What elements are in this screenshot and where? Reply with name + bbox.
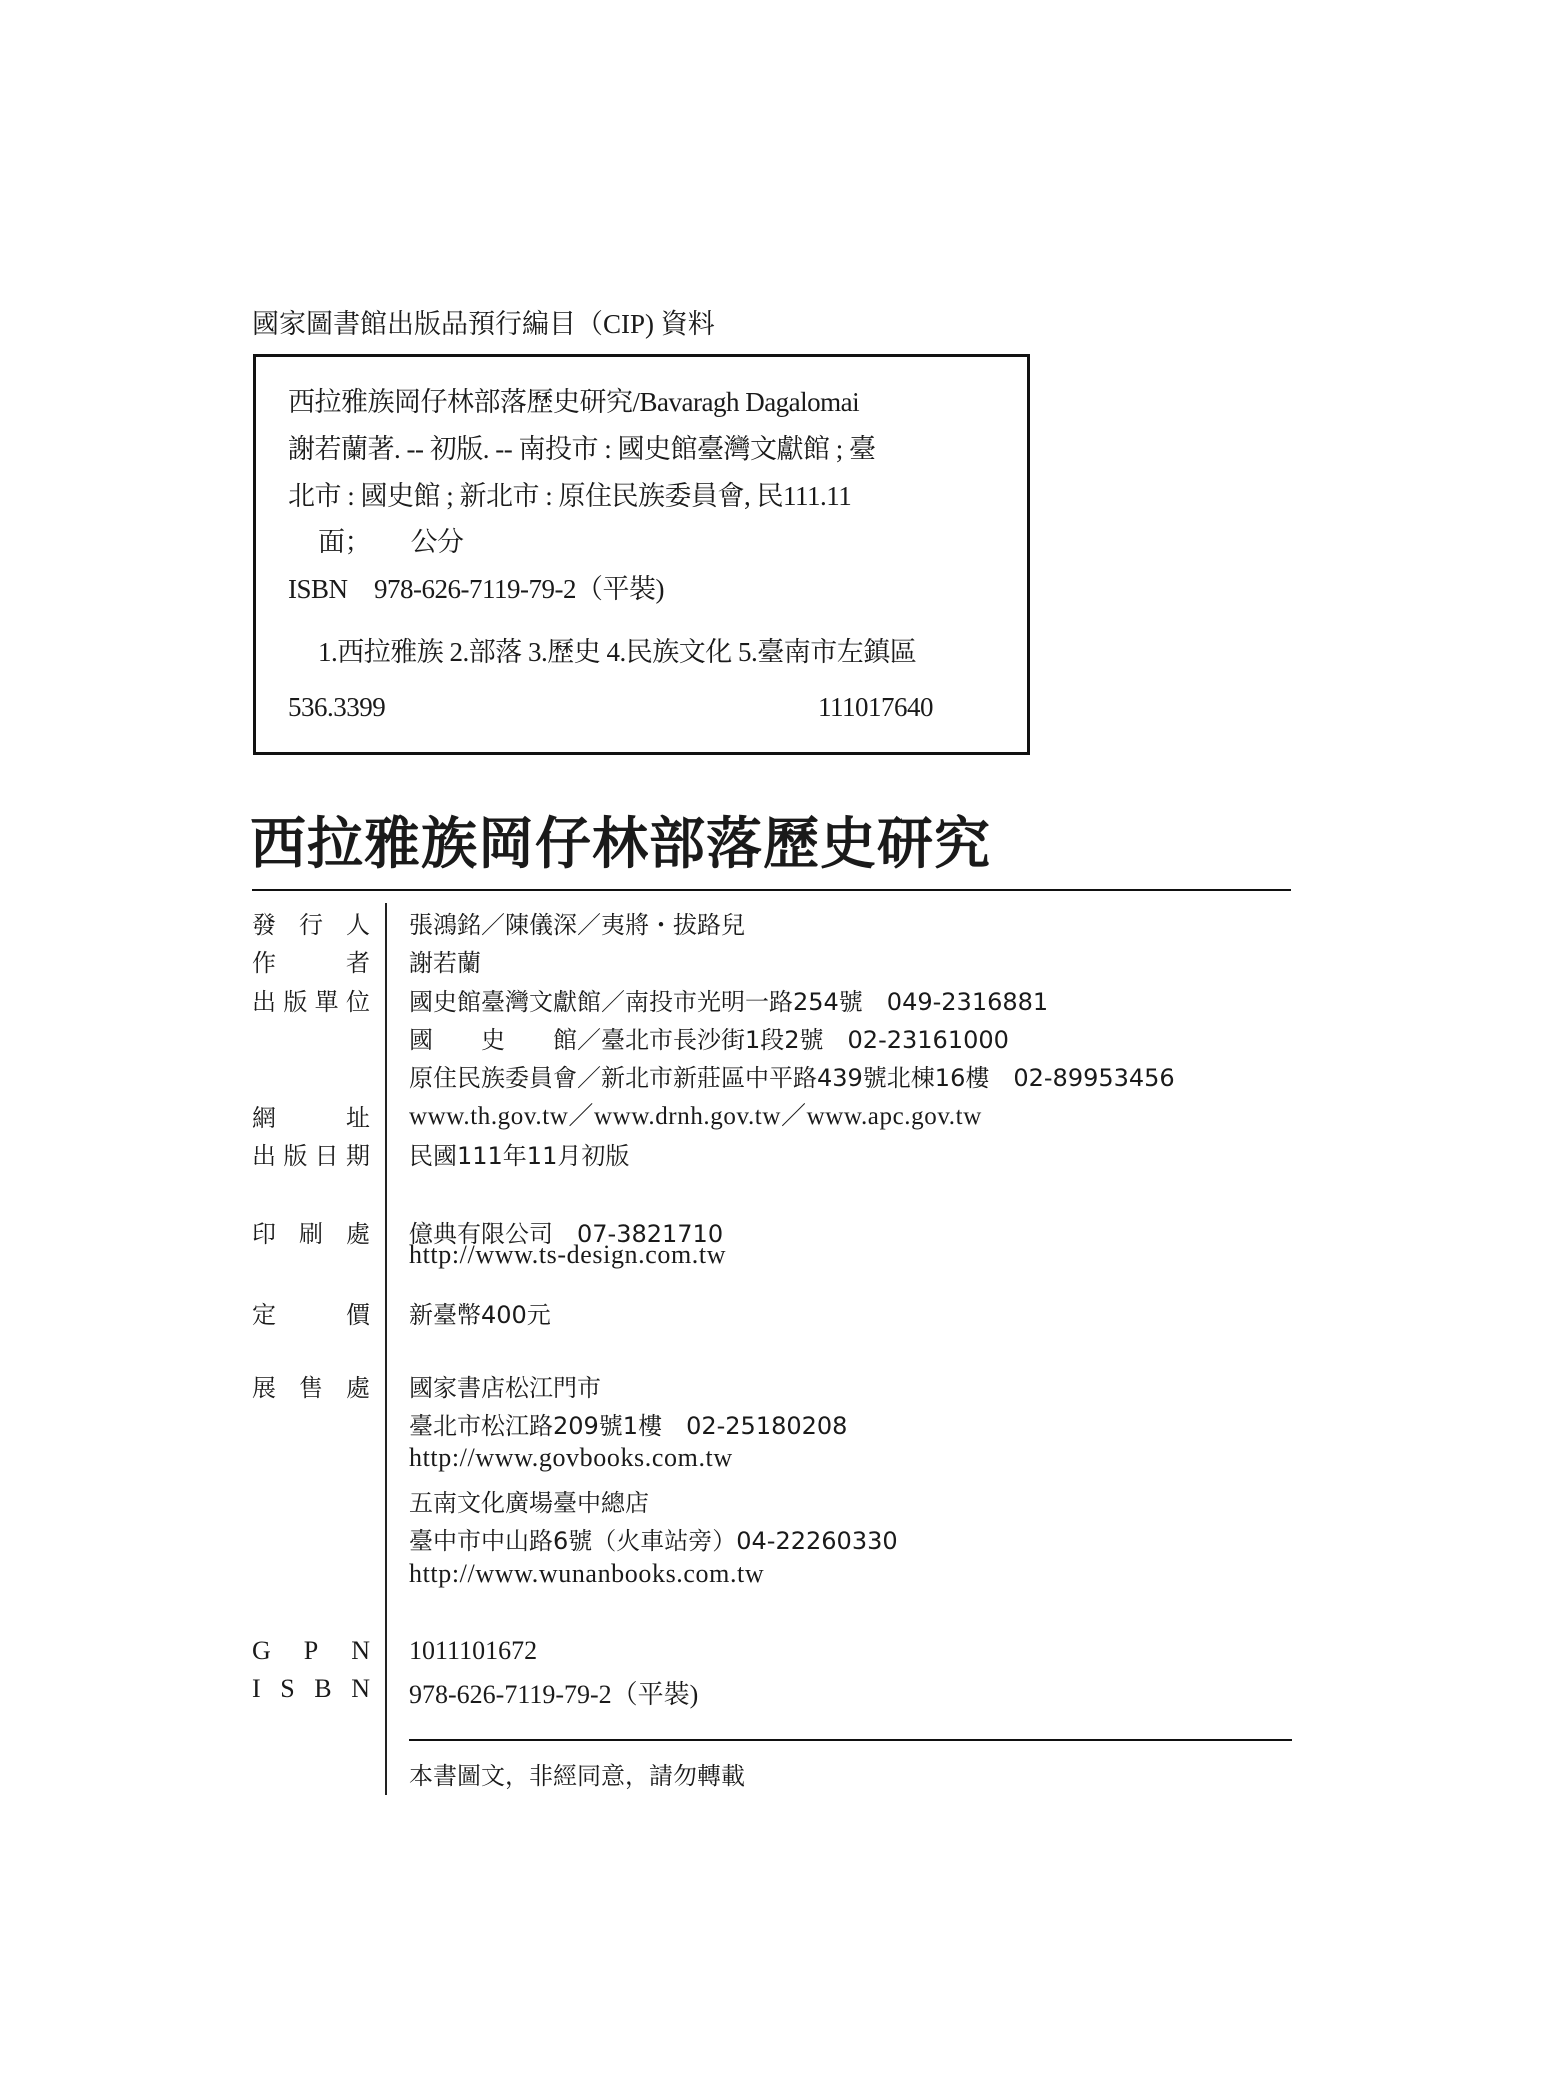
- book-title: 西拉雅族岡仔林部落歷史研究: [250, 800, 991, 880]
- label-char: 期: [346, 1136, 370, 1171]
- label-publishing-units: 出 版 單 位: [252, 982, 370, 1017]
- label-gpn: G P N: [252, 1636, 370, 1666]
- printer-url: http://www.ts-design.com.tw: [409, 1240, 726, 1270]
- label-price: 定 價: [252, 1295, 370, 1330]
- label-char: 處: [346, 1214, 370, 1249]
- title-divider: [252, 889, 1291, 891]
- label-author: 作 者: [252, 943, 370, 978]
- cip-subjects-line: 1.西拉雅族 2.部落 3.歷史 4.民族文化 5.臺南市左鎮區: [318, 630, 916, 669]
- label-retail: 展 售 處: [252, 1368, 370, 1403]
- cip-title-line: 西拉雅族岡仔林部落歷史研究/Bavaragh Dagalomai: [288, 380, 859, 419]
- retail-store-1-url: http://www.govbooks.com.tw: [409, 1443, 733, 1473]
- label-char: 日: [315, 1136, 339, 1171]
- label-printer: 印 刷 處: [252, 1214, 370, 1249]
- retail-store-1-name: 國家書店松江門市: [409, 1368, 601, 1403]
- retail-store-1-address: 臺北市松江路209號1樓 02-25180208: [409, 1406, 847, 1441]
- label-publisher: 發 行 人: [252, 905, 370, 940]
- label-char: 處: [346, 1368, 370, 1403]
- label-char: P: [304, 1636, 318, 1666]
- label-char: 出: [252, 982, 276, 1017]
- cip-record-number: 111017640: [818, 692, 933, 723]
- pub-date-value: 民國111年11月初版: [409, 1136, 629, 1171]
- label-char: N: [351, 1674, 370, 1704]
- website-value: www.th.gov.tw／www.drnh.gov.tw／www.apc.go…: [409, 1096, 982, 1132]
- colophon-column-divider: [385, 903, 387, 1795]
- label-char: 者: [346, 943, 370, 978]
- label-char: 版: [283, 1136, 307, 1171]
- notice-divider: [409, 1739, 1292, 1741]
- publisher-value: 張鴻銘／陳儀深／夷將・拔路兒: [409, 905, 745, 940]
- label-char: G: [252, 1636, 271, 1666]
- label-char: 址: [346, 1098, 370, 1133]
- label-char: 發: [252, 905, 276, 940]
- label-char: 售: [299, 1368, 323, 1403]
- label-char: 行: [299, 905, 323, 940]
- cip-class-number: 536.3399: [288, 692, 385, 723]
- label-isbn: I S B N: [252, 1674, 370, 1704]
- label-char: B: [314, 1674, 331, 1704]
- price-value: 新臺幣400元: [409, 1295, 551, 1330]
- label-website: 網 址: [252, 1098, 370, 1133]
- publishing-unit-cip: 原住民族委員會／新北市新莊區中平路439號北棟16樓 02-89953456: [409, 1058, 1175, 1093]
- label-char: 版: [283, 982, 307, 1017]
- author-value: 謝若蘭: [409, 943, 481, 978]
- label-char: 作: [252, 943, 276, 978]
- label-char: 網: [252, 1098, 276, 1133]
- retail-store-2-address: 臺中市中山路6號（火車站旁）04-22260330: [409, 1521, 898, 1556]
- label-char: S: [280, 1674, 294, 1704]
- label-char: N: [351, 1636, 370, 1666]
- isbn-value: 978-626-7119-79-2（平裝): [409, 1674, 698, 1711]
- label-char: 位: [346, 982, 370, 1017]
- retail-store-2-name: 五南文化廣場臺中總店: [409, 1483, 649, 1518]
- cip-publisher-line: 北市 : 國史館 ; 新北市 : 原住民族委員會, 民111.11: [288, 474, 851, 513]
- label-char: 印: [252, 1214, 276, 1249]
- label-pub-date: 出 版 日 期: [252, 1136, 370, 1171]
- publishing-unit-taiwan-historica: 國史館臺灣文獻館／南投市光明一路254號 049-2316881: [409, 982, 1048, 1017]
- label-char: 出: [252, 1136, 276, 1171]
- label-char: 單: [315, 982, 339, 1017]
- gpn-value: 1011101672: [409, 1636, 537, 1666]
- label-char: 展: [252, 1368, 276, 1403]
- label-char: 價: [346, 1295, 370, 1330]
- label-char: 刷: [299, 1214, 323, 1249]
- retail-store-2-url: http://www.wunanbooks.com.tw: [409, 1559, 764, 1589]
- cip-author-line: 謝若蘭著. -- 初版. -- 南投市 : 國史館臺灣文獻館 ; 臺: [288, 427, 875, 466]
- label-char: 人: [346, 905, 370, 940]
- copyright-notice: 本書圖文，非經同意，請勿轉載: [409, 1756, 745, 1791]
- label-char: 定: [252, 1295, 276, 1330]
- cip-pages-line: 面； 公分: [318, 520, 464, 559]
- label-char: I: [252, 1674, 261, 1704]
- cip-isbn-line: ISBN 978-626-7119-79-2（平裝): [288, 567, 664, 606]
- publishing-unit-academia-historica: 國 史 館／臺北市長沙街1段2號 02-23161000: [409, 1020, 1009, 1055]
- cip-heading: 國家圖書館出版品預行編目（CIP) 資料: [252, 302, 715, 341]
